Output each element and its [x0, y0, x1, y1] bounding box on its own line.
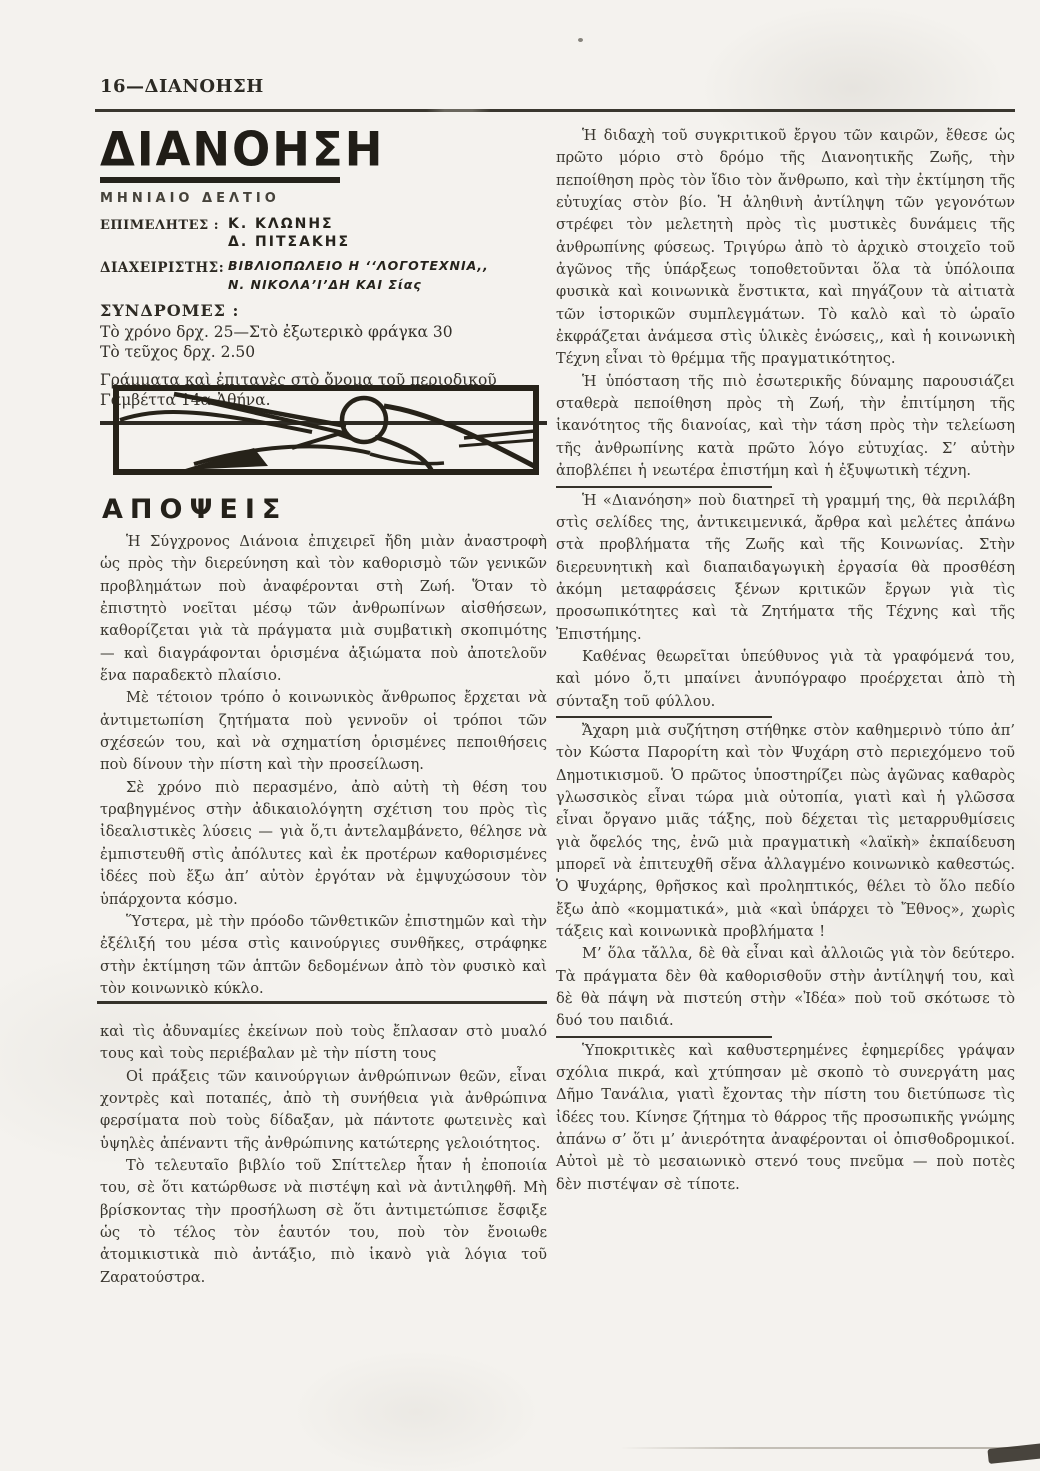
paragraph: Ἡ Σύγχρονος Διάνοια ἐπιχειρεῖ ἤδη μιὰν ἀ… [100, 531, 547, 687]
magazine-subtitle: ΜΗΝΙΑΙΟ ΔΕΛΤΙΟ [100, 191, 547, 206]
paragraph: Σὲ χρόνο πιὸ περασμένο, ἀπὸ αὐτὴ τὴ θέση… [100, 777, 547, 911]
short-section-rule [556, 486, 772, 488]
manager-name-line: Ν. ΝΙΚΟΛΑ’Ι’ΔΗ ΚΑΙ Σίας [228, 276, 489, 295]
paragraph: Ὕστερα, μὲ τὴν πρόοδο τῶνθετικῶν ἐπιστημ… [100, 911, 547, 1000]
manager-row: ΔΙΑΧΕΙΡΙΣΤΗΣ: ΒΙΒΛΙΟΠΩΛΕΙΟ Η ‘‘ΛΟΓΟΤΕΧΝΙ… [100, 257, 547, 295]
subscriptions-label: ΣΥΝΔΡΟΜΕΣ : [100, 301, 547, 320]
column-section-rule [97, 1001, 547, 1004]
editors-label: ΕΠΙΜΕΛΗΤΕΣ : [100, 215, 228, 233]
paragraph: Μὲ τέτοιον τρόπο ὁ κοινωνικὸς ἄνθρωπος ἔ… [100, 687, 547, 776]
paragraph: Μ’ ὅλα τἄλλα, δὲ θὰ εἶναι καὶ ἀλλοιῶς γι… [556, 943, 1015, 1032]
paragraph: Ἡ «Διανόηση» ποὺ διατηρεῖ τὴ γραμμή της,… [556, 490, 1015, 646]
subscription-rate-year: Τὸ χρόνο δρχ. 25—Στὸ ἐξωτερικὸ φράγκα 30 [100, 322, 547, 342]
short-section-rule [556, 1036, 772, 1038]
scan-speck [578, 38, 583, 42]
section-heading: ΑΠΟΨΕΙΣ [102, 494, 287, 525]
paragraph: Ἄχαρη μιὰ συζήτηση στήθηκε στὸν καθημερι… [556, 720, 1015, 943]
title-underline-bar [100, 177, 340, 183]
editors-row: ΕΠΙΜΕΛΗΤΕΣ : Κ. ΚΛΩΝΗΣ Δ. ΠΙΤΣΑΚΗΣ [100, 215, 547, 253]
paragraph: Οἱ πράξεις τῶν καινούργιων ἀνθρώπινων θε… [100, 1066, 547, 1155]
paragraph: Ὑποκριτικὲς καὶ καθυστερημένες ἐφημερίδε… [556, 1040, 1015, 1196]
manager-name-line: ΒΙΒΛΙΟΠΩΛΕΙΟ Η ‘‘ΛΟΓΟΤΕΧΝΙΑ,, [228, 257, 489, 276]
woodcut-illustration [112, 384, 540, 476]
subscription-rate-issue: Τὸ τεῦχος δρχ. 2.50 [100, 342, 547, 362]
header-rule [95, 109, 1015, 112]
paragraph: Ἡ ὑπόσταση τῆς πιὸ ἐσωτερικῆς δύναμης πα… [556, 371, 1015, 483]
paragraph: Καθένας θεωρεῖται ὑπεύθυνος γιὰ τὰ γραφό… [556, 646, 1015, 713]
editor-name: Δ. ΠΙΤΣΑΚΗΣ [228, 233, 350, 252]
paragraph: καὶ τὶς ἀδυναμίες ἐκείνων ποὺ τοὺς ἔπλασ… [100, 1021, 547, 1066]
scan-artifact-line [620, 1447, 1020, 1449]
woodcut-figure-icon [112, 384, 540, 476]
running-header: 16—ΔΙΑΝΟΗΣΗ [100, 76, 264, 97]
editor-name: Κ. ΚΛΩΝΗΣ [228, 215, 350, 234]
scanned-periodical-page: 16—ΔΙΑΝΟΗΣΗ ΔΙΑΝΟΗΣΗ ΜΗΝΙΑΙΟ ΔΕΛΤΙΟ ΕΠΙΜ… [0, 0, 1040, 1471]
paragraph: Ἡ διδαχὴ τοῦ συγκριτικοῦ ἔργου τῶν καιρῶ… [556, 125, 1015, 371]
left-column: Ἡ Σύγχρονος Διάνοια ἐπιχειρεῖ ἤδη μιὰν ἀ… [100, 531, 547, 1000]
paragraph: Τὸ τελευταῖο βιβλίο τοῦ Σπίττελερ ἦταν ἡ… [100, 1155, 547, 1289]
left-column-continuation: καὶ τὶς ἀδυναμίες ἐκείνων ποὺ τοὺς ἔπλασ… [100, 1021, 547, 1289]
masthead: ΔΙΑΝΟΗΣΗ ΜΗΝΙΑΙΟ ΔΕΛΤΙΟ ΕΠΙΜΕΛΗΤΕΣ : Κ. … [100, 124, 547, 425]
right-column: Ἡ διδαχὴ τοῦ συγκριτικοῦ ἔργου τῶν καιρῶ… [556, 125, 1015, 1196]
magazine-title: ΔΙΑΝΟΗΣΗ [100, 124, 547, 175]
short-section-rule [556, 716, 772, 718]
manager-label: ΔΙΑΧΕΙΡΙΣΤΗΣ: [100, 257, 228, 276]
